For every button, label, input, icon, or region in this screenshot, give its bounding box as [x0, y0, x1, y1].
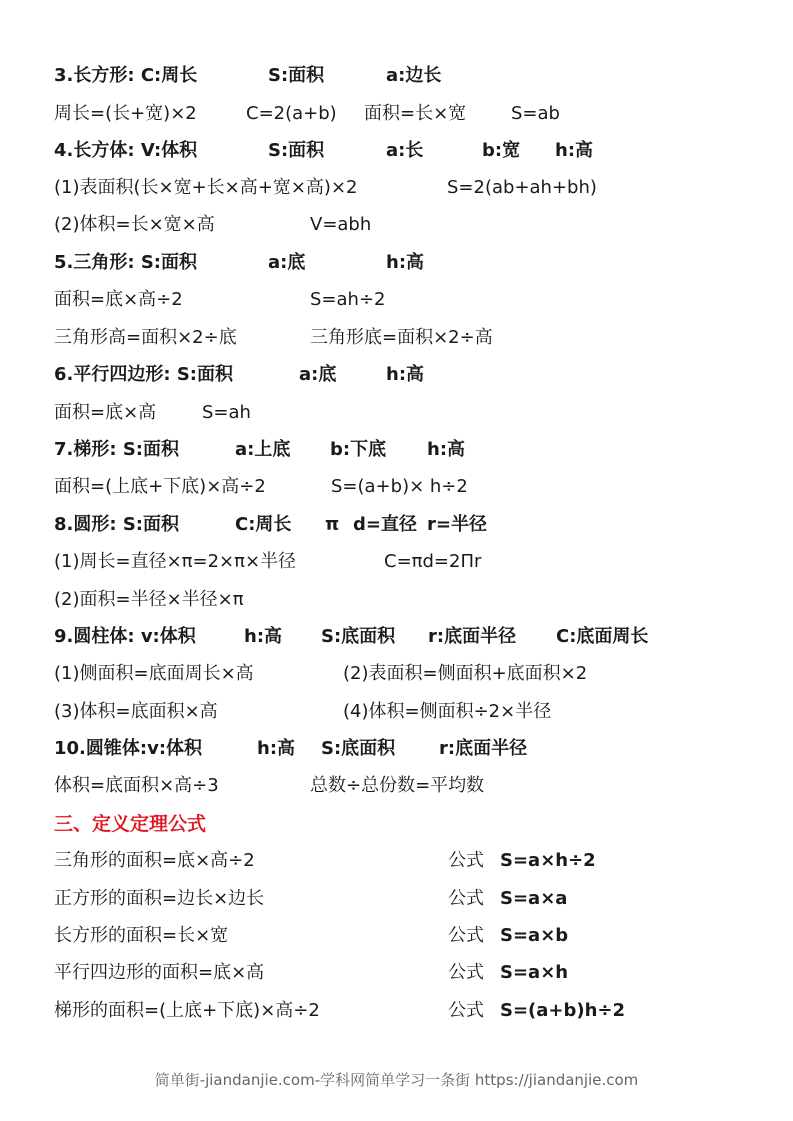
circle-title: 8.圆形: S:面积	[54, 512, 179, 538]
cylinder-base-area-var: S:底面积	[321, 624, 395, 650]
trapezoid-title: 7.梯形: S:面积	[54, 437, 179, 463]
triangle-base-formula: 三角形底=面积×2÷高	[310, 325, 493, 351]
cone-radius-var: r:底面半径	[439, 736, 527, 762]
definition-text: 三角形的面积=底×高÷2	[54, 848, 255, 874]
definition-label: 公式	[448, 923, 484, 949]
cylinder-lateral-formula: (1)侧面积=底面周长×高	[54, 661, 254, 687]
trapezoid-area-symbolic: S=(a+b)× h÷2	[331, 474, 468, 500]
cylinder-surface-formula: (2)表面积=侧面积+底面积×2	[343, 661, 587, 687]
rectangle-area-var: S:面积	[268, 63, 324, 89]
definition-formula: S=a×a	[500, 886, 567, 912]
cuboid-height-var: h:高	[555, 138, 593, 164]
parallelogram-area-symbolic: S=ah	[202, 400, 251, 426]
cylinder-radius-var: r:底面半径	[428, 624, 516, 650]
rectangle-title: 3.长方形: C:周长	[54, 63, 197, 89]
cuboid-surface-formula: (1)表面积(长×宽+长×高+宽×高)×2	[54, 175, 358, 201]
cylinder-perimeter-var: C:底面周长	[556, 624, 648, 650]
cone-height-var: h:高	[257, 736, 295, 762]
cone-base-area-var: S:底面积	[321, 736, 395, 762]
definition-text: 平行四边形的面积=底×高	[54, 960, 264, 986]
cuboid-title: 4.长方体: V:体积	[54, 138, 197, 164]
cuboid-length-var: a:长	[386, 138, 423, 164]
rectangle-perimeter-symbolic: C=2(a+b)	[246, 101, 337, 127]
parallelogram-base-var: a:底	[299, 362, 336, 388]
cuboid-area-var: S:面积	[268, 138, 324, 164]
cone-title: 10.圆锥体:v:体积	[54, 736, 202, 762]
trapezoid-height-var: h:高	[427, 437, 465, 463]
circle-perimeter-formula: (1)周长=直径×π=2×π×半径	[54, 549, 296, 575]
trapezoid-area-formula: 面积=(上底+下底)×高÷2	[54, 474, 266, 500]
definition-formula: S=a×h÷2	[500, 848, 596, 874]
definition-formula: S=a×h	[500, 960, 568, 986]
cuboid-volume-symbolic: V=abh	[310, 212, 371, 238]
trapezoid-bottom-var: b:下底	[330, 437, 386, 463]
rectangle-perimeter-formula: 周长=(长+宽)×2	[54, 101, 197, 127]
cylinder-title: 9.圆柱体: v:体积	[54, 624, 196, 650]
triangle-area-formula: 面积=底×高÷2	[54, 287, 183, 313]
definition-text: 正方形的面积=边长×边长	[54, 886, 264, 912]
definition-text: 长方形的面积=长×宽	[54, 923, 228, 949]
cuboid-width-var: b:宽	[482, 138, 520, 164]
circle-area-formula: (2)面积=半径×半径×π	[54, 587, 244, 613]
rectangle-side-var: a:边长	[386, 63, 441, 89]
footer-watermark: 简单街-jiandanjie.com-学科网简单学习一条街 https://ji…	[0, 1069, 793, 1090]
triangle-height-formula: 三角形高=面积×2÷底	[54, 325, 237, 351]
circle-perimeter-symbolic: C=πd=2Πr	[384, 549, 481, 575]
rectangle-area-symbolic: S=ab	[511, 101, 560, 127]
definition-label: 公式	[448, 848, 484, 874]
triangle-height-var: h:高	[386, 250, 424, 276]
cylinder-height-var: h:高	[244, 624, 282, 650]
definition-text: 梯形的面积=(上底+下底)×高÷2	[54, 998, 320, 1024]
definition-label: 公式	[448, 998, 484, 1024]
circle-pi: π	[325, 512, 339, 538]
circle-radius-var: r=半径	[427, 512, 487, 538]
definition-formula: S=(a+b)h÷2	[500, 998, 625, 1024]
circle-diameter-var: d=直径	[353, 512, 417, 538]
circle-perimeter-var: C:周长	[235, 512, 291, 538]
parallelogram-title: 6.平行四边形: S:面积	[54, 362, 233, 388]
definitions-heading: 三、定义定理公式	[54, 811, 206, 837]
triangle-base-var: a:底	[268, 250, 305, 276]
triangle-title: 5.三角形: S:面积	[54, 250, 197, 276]
cylinder-volume-formula-2: (4)体积=侧面积÷2×半径	[343, 699, 551, 725]
definition-formula: S=a×b	[500, 923, 568, 949]
cylinder-volume-formula-1: (3)体积=底面积×高	[54, 699, 218, 725]
average-formula: 总数÷总份数=平均数	[310, 773, 484, 799]
cuboid-volume-formula: (2)体积=长×宽×高	[54, 212, 215, 238]
trapezoid-top-var: a:上底	[235, 437, 290, 463]
definition-label: 公式	[448, 886, 484, 912]
definition-label: 公式	[448, 960, 484, 986]
parallelogram-area-formula: 面积=底×高	[54, 400, 156, 426]
cuboid-surface-symbolic: S=2(ab+ah+bh)	[447, 175, 597, 201]
parallelogram-height-var: h:高	[386, 362, 424, 388]
cone-volume-formula: 体积=底面积×高÷3	[54, 773, 219, 799]
triangle-area-symbolic: S=ah÷2	[310, 287, 385, 313]
rectangle-area-formula: 面积=长×宽	[364, 101, 466, 127]
